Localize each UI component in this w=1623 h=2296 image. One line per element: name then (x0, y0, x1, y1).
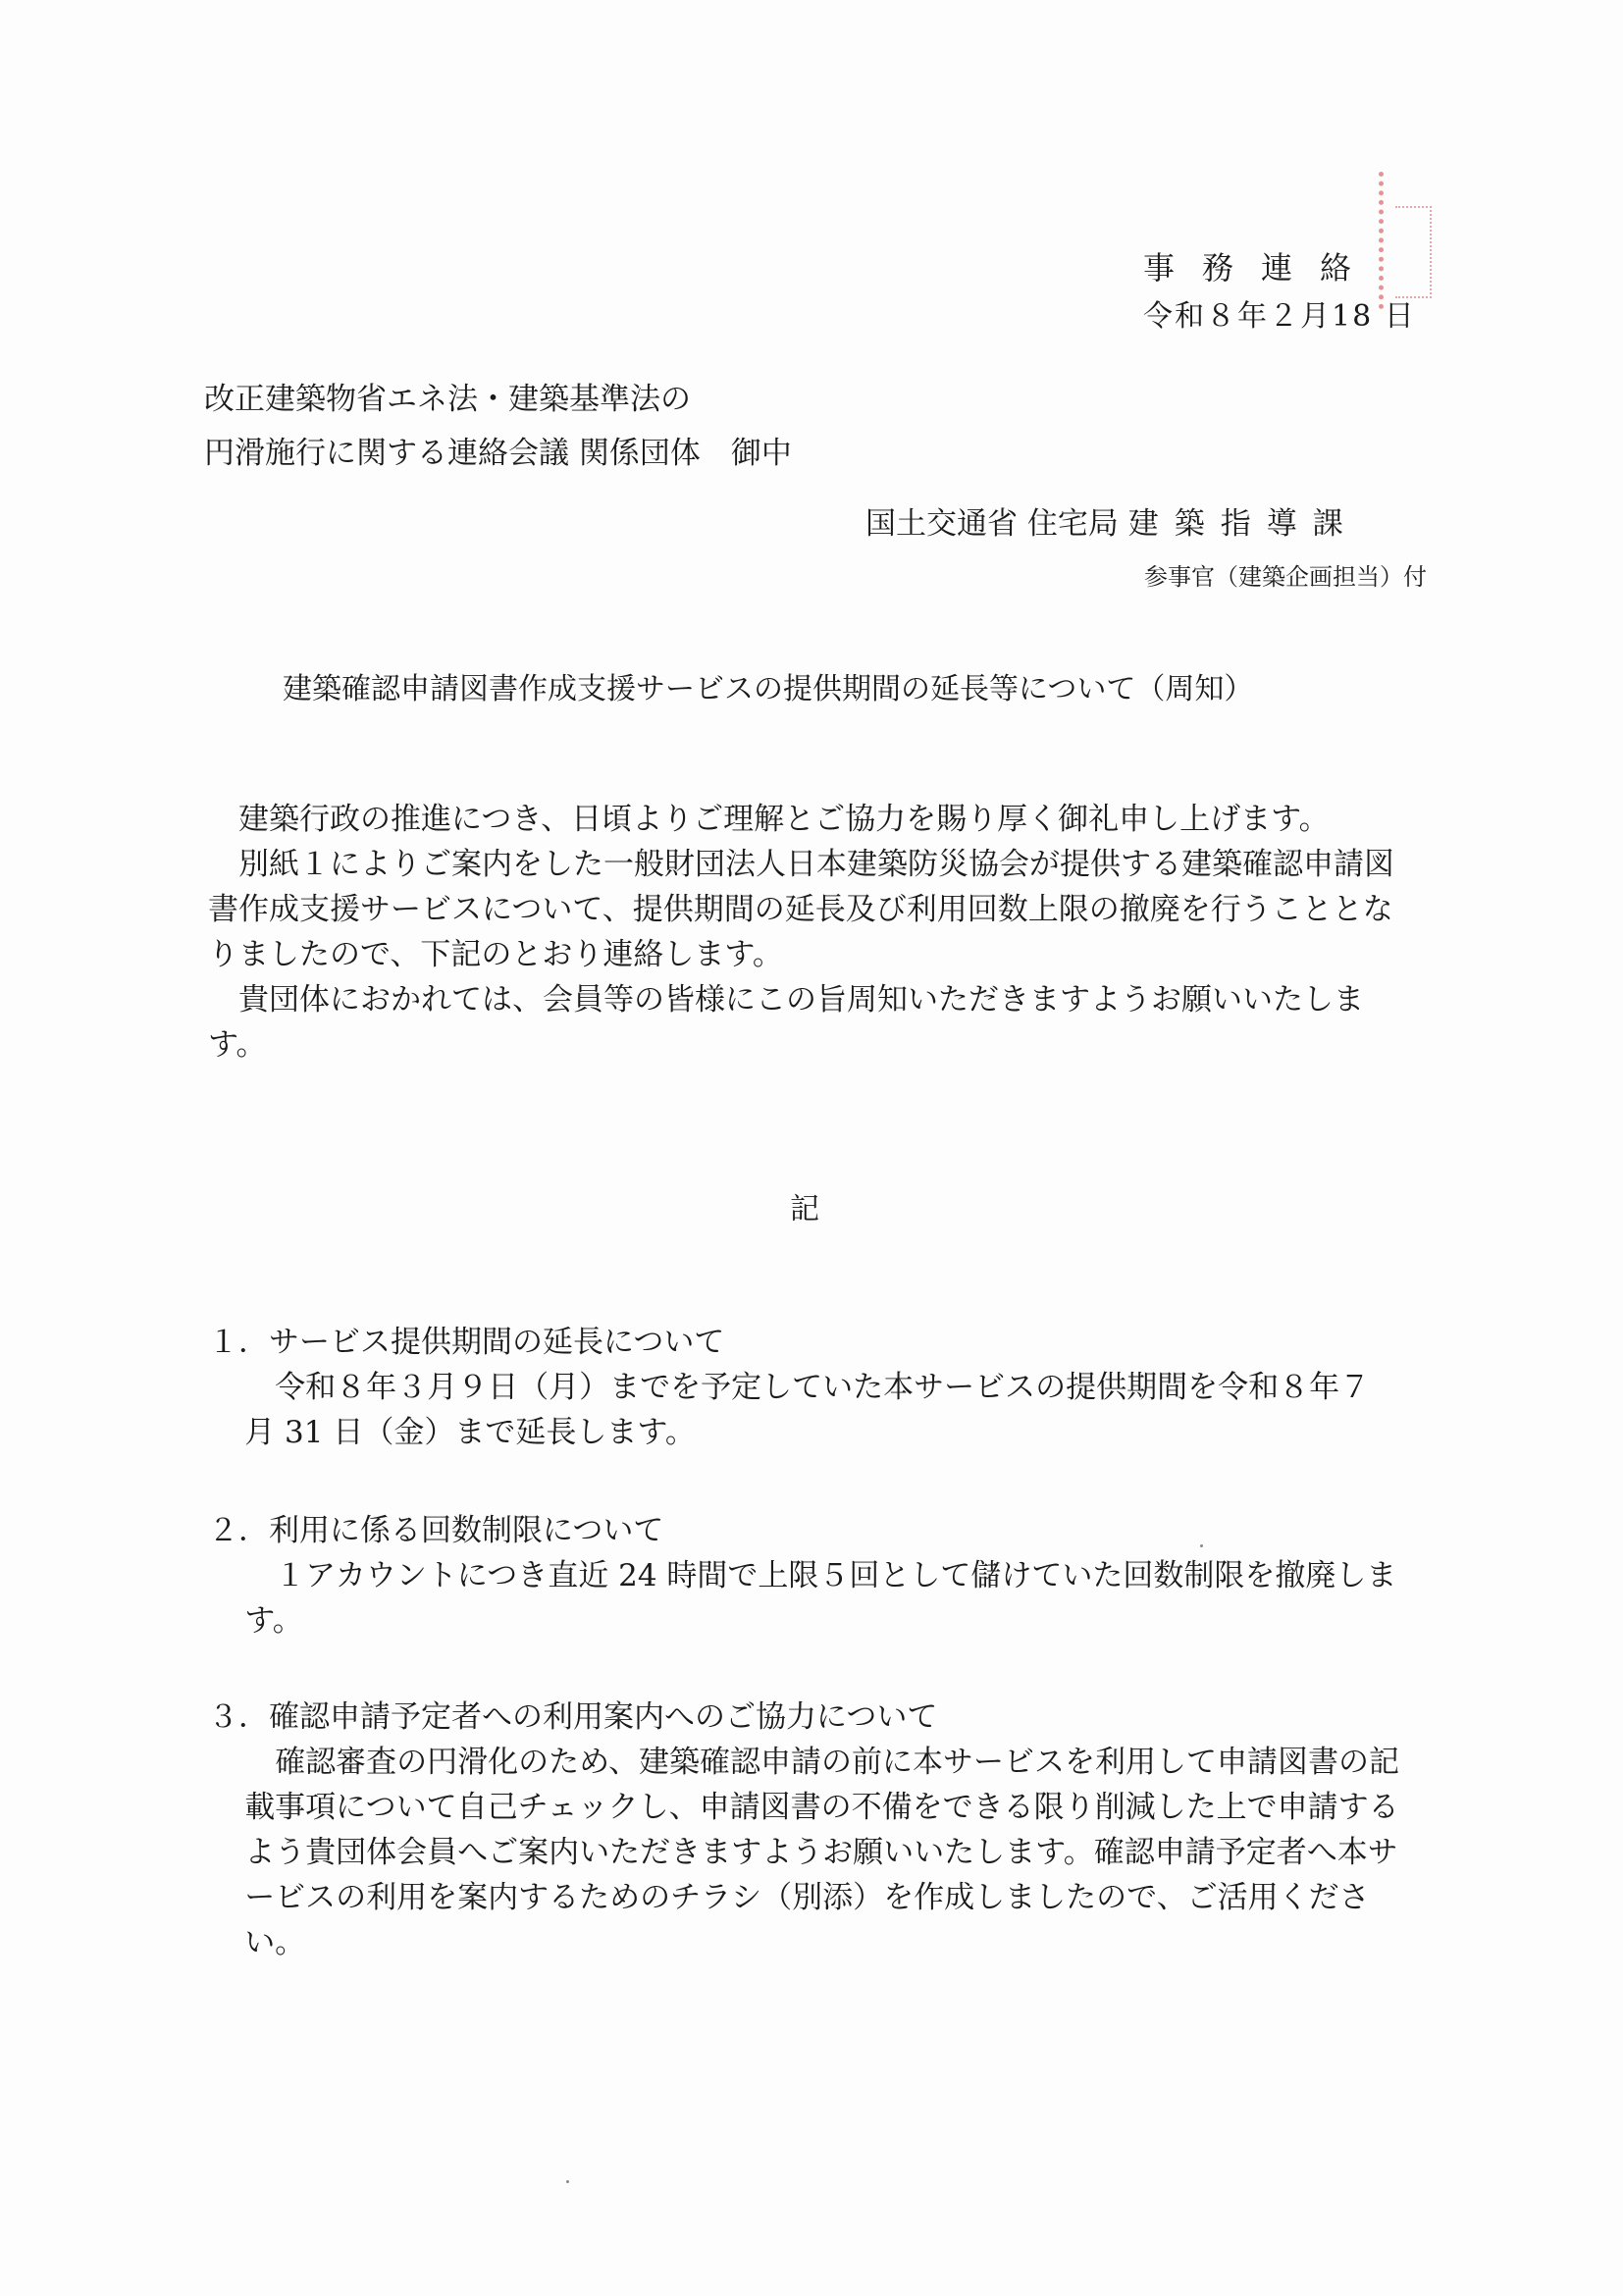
sender-sub-unit: 参事官（建築企画担当）付 (1144, 557, 1427, 592)
section-1: １．サービス提供期間の延長について 令和８年３月９日（月）までを予定していた本サ… (208, 1320, 1400, 1455)
section-2: ２．利用に係る回数制限について １アカウントにつき直近 24 時間で上限５回とし… (208, 1508, 1400, 1644)
section-heading: ３．確認申請予定者への利用案内へのご協力について (208, 1695, 1400, 1740)
sender-division: 建築指導課 (1128, 506, 1359, 542)
addressee-block: 改正建築物省エネ法・建築基準法の 円滑施行に関する連絡会議 関係団体 御中 (204, 373, 792, 481)
scan-speck (1200, 1544, 1203, 1547)
addressee-line-2: 円滑施行に関する連絡会議 関係団体 御中 (204, 427, 792, 481)
body-paragraph: 建築行政の推進につき、日頃よりご理解とご協力を賜り厚く御礼申し上げます。 (208, 797, 1400, 842)
addressee-line-1: 改正建築物省エネ法・建築基準法の (204, 373, 792, 427)
body-paragraph: 貴団体におかれては、会員等の皆様にこの旨周知いただきますようお願いいたします。 (208, 977, 1400, 1068)
red-seal-stamp (1379, 172, 1442, 309)
section-heading: １．サービス提供期間の延長について (208, 1320, 1400, 1365)
sender-block: 国土交通省 住宅局 建築指導課 (865, 498, 1359, 543)
section-3: ３．確認申請予定者への利用案内へのご協力について 確認審査の円滑化のため、建築確… (208, 1695, 1400, 1965)
document-date: 令和８年２月18 日 (1143, 291, 1416, 335)
document-page: 事務連絡 令和８年２月18 日 改正建築物省エネ法・建築基準法の 円滑施行に関す… (0, 0, 1623, 2296)
document-subject: 建築確認申請図書作成支援サービスの提供期間の延長等について（周知） (283, 664, 1253, 707)
section-content: １アカウントにつき直近 24 時間で上限５回として儲けていた回数制限を撤廃します… (208, 1553, 1400, 1644)
scan-speck (566, 2180, 569, 2183)
section-content: 確認審査の円滑化のため、建築確認申請の前に本サービスを利用して申請図書の記載事項… (208, 1740, 1400, 1965)
document-type-label: 事務連絡 (1143, 243, 1379, 288)
sender-organization: 国土交通省 住宅局 (865, 506, 1119, 542)
body-text: 建築行政の推進につき、日頃よりご理解とご協力を賜り厚く御礼申し上げます。 別紙１… (208, 797, 1400, 1068)
section-content: 令和８年３月９日（月）までを予定していた本サービスの提供期間を令和８年７月 31… (208, 1365, 1400, 1455)
section-heading: ２．利用に係る回数制限について (208, 1508, 1400, 1553)
ki-marker: 記 (790, 1184, 819, 1227)
body-paragraph: 別紙１によりご案内をした一般財団法人日本建築防災協会が提供する建築確認申請図書作… (208, 842, 1400, 977)
